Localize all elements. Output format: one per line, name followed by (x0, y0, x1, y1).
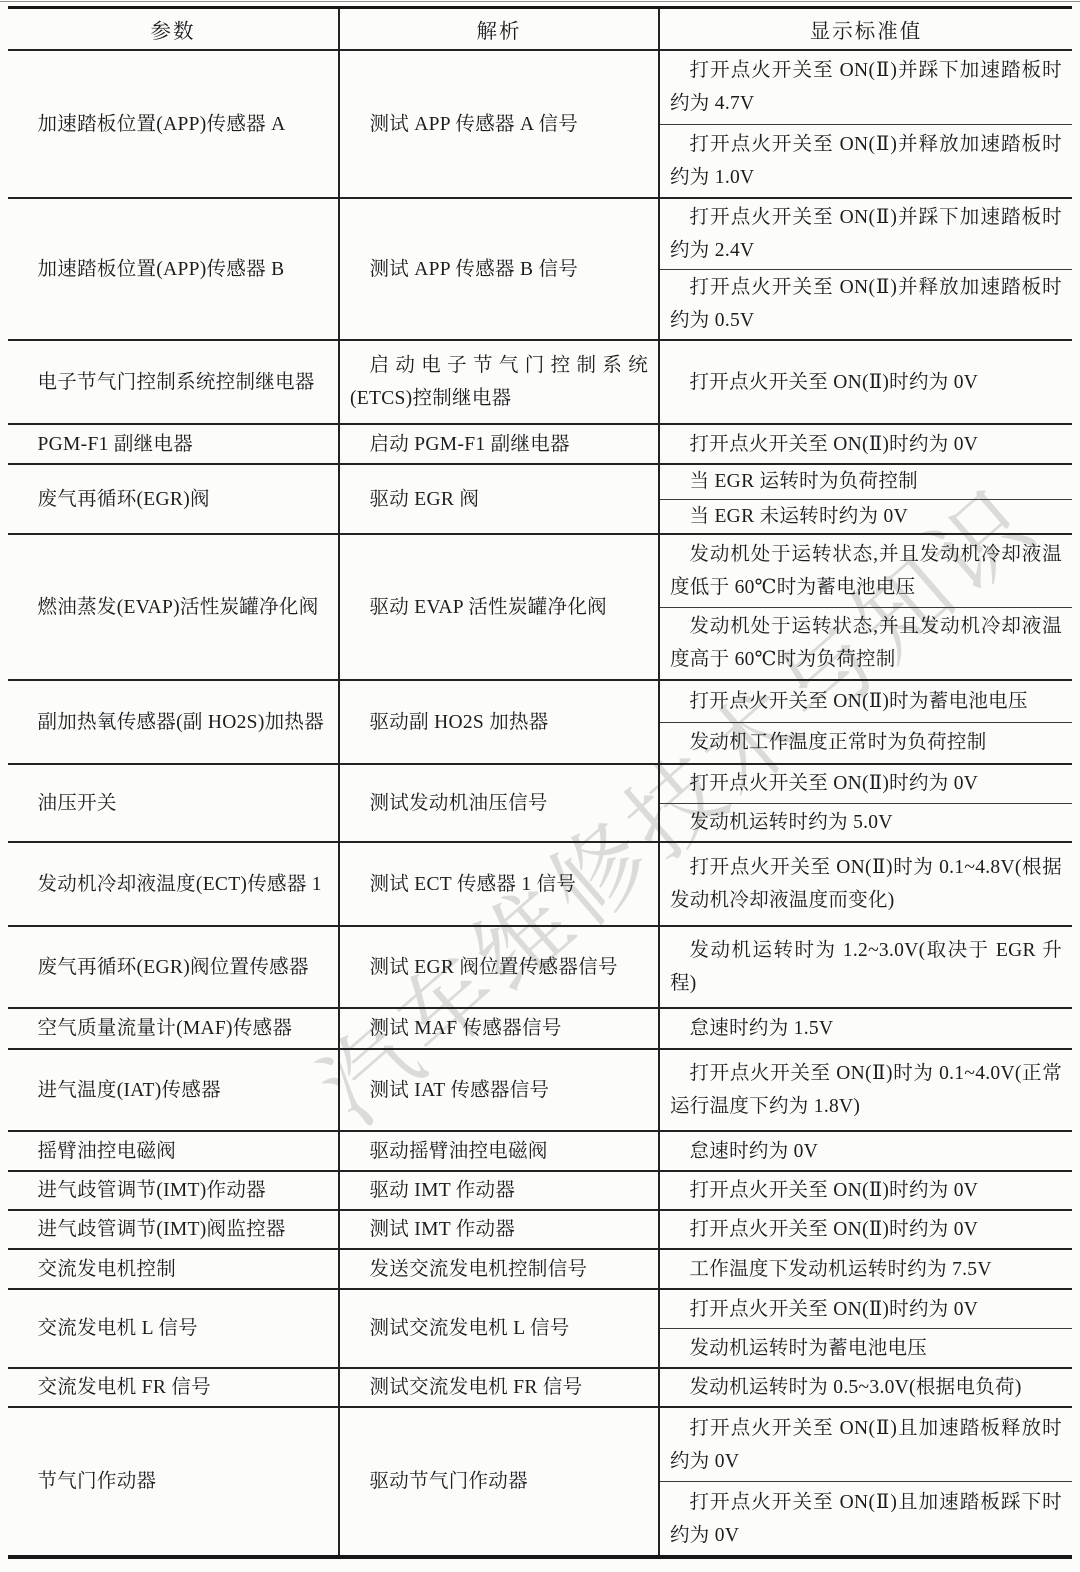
standard-value-cell: 打开点火开关至 ON(Ⅱ)时约为 0V发动机运转时为蓄电池电压 (660, 1290, 1072, 1367)
table-row: 燃油蒸发(EVAP)活性炭罐净化阀 驱动 EVAP 活性炭罐净化阀 发动机处于运… (8, 535, 1072, 681)
standard-value-text: 打开点火开关至 ON(Ⅱ)时约为 0V (660, 428, 988, 461)
standard-value-item: 打开点火开关至 ON(Ⅱ)且加速踏板踩下时约为 0V (660, 1481, 1072, 1555)
analysis-text: 驱动 EGR 阀 (340, 483, 489, 516)
param-cell: 进气歧管调节(IMT)阀监控器 (8, 1211, 340, 1248)
param-cell: 进气歧管调节(IMT)作动器 (8, 1172, 340, 1209)
standard-value-text: 发动机工作温度正常时为负荷控制 (660, 726, 997, 759)
standard-value-text: 打开点火开关至 ON(Ⅱ)时约为 0V (660, 1174, 988, 1207)
analysis-cell: 驱动 EVAP 活性炭罐净化阀 (340, 535, 660, 679)
standard-value-item: 发动机运转时为 0.5~3.0V(根据电负荷) (660, 1369, 1072, 1406)
parameters-table: 参数 解析 显示标准值 加速踏板位置(APP)传感器 A 测试 APP 传感器 … (8, 6, 1072, 1559)
param-cell: 副加热氧传感器(副 HO2S)加热器 (8, 681, 340, 763)
analysis-text: 驱动摇臂油控电磁阀 (340, 1135, 558, 1168)
table-row: 废气再循环(EGR)阀 驱动 EGR 阀 当 EGR 运转时为负荷控制当 EGR… (8, 465, 1072, 535)
standard-value-text: 发动机运转时为 1.2~3.0V(取决于 EGR 升程) (660, 934, 1072, 1000)
standard-value-text: 打开点火开关至 ON(Ⅱ)并释放加速踏板时约为 1.0V (660, 128, 1072, 194)
analysis-cell: 启动 PGM-F1 副继电器 (340, 425, 660, 463)
param-text: 进气歧管调节(IMT)作动器 (8, 1174, 276, 1207)
standard-value-cell: 打开点火开关至 ON(Ⅱ)且加速踏板释放时约为 0V打开点火开关至 ON(Ⅱ)且… (660, 1408, 1072, 1555)
standard-value-item: 打开点火开关至 ON(Ⅱ)时约为 0V (660, 765, 1072, 803)
standard-value-item: 怠速时约为 0V (660, 1132, 1072, 1170)
param-cell: 发动机冷却液温度(ECT)传感器 1 (8, 843, 340, 925)
standard-value-cell: 工作温度下发动机运转时约为 7.5V (660, 1250, 1072, 1288)
param-text: 节气门作动器 (8, 1465, 166, 1498)
standard-value-text: 打开点火开关至 ON(Ⅱ)时约为 0V (660, 1293, 988, 1326)
analysis-text: 测试 IAT 传感器信号 (340, 1074, 559, 1107)
analysis-cell: 测试 APP 传感器 A 信号 (340, 51, 660, 197)
standard-value-text: 打开点火开关至 ON(Ⅱ)时约为 0V (660, 1213, 988, 1246)
analysis-cell: 测试交流发电机 L 信号 (340, 1290, 660, 1367)
param-cell: 交流发电机 L 信号 (8, 1290, 340, 1367)
standard-value-item: 发动机处于运转状态,并且发动机冷却液温度低于 60℃时为蓄电池电压 (660, 535, 1072, 607)
table-row: 加速踏板位置(APP)传感器 A 测试 APP 传感器 A 信号 打开点火开关至… (8, 51, 1072, 199)
analysis-text: 测试 EGR 阀位置传感器信号 (340, 951, 628, 984)
standard-value-text: 当 EGR 运转时为负荷控制 (660, 465, 928, 498)
param-text: 副加热氧传感器(副 HO2S)加热器 (8, 706, 334, 739)
standard-value-cell: 打开点火开关至 ON(Ⅱ)并踩下加速踏板时约为 2.4V打开点火开关至 ON(Ⅱ… (660, 199, 1072, 339)
analysis-text: 测试 MAF 传感器信号 (340, 1012, 572, 1045)
param-text: 交流发电机控制 (8, 1253, 186, 1286)
standard-value-text: 发动机处于运转状态,并且发动机冷却液温度高于 60℃时为负荷控制 (660, 610, 1072, 676)
param-text: 加速踏板位置(APP)传感器 B (8, 253, 294, 286)
param-text: 摇臂油控电磁阀 (8, 1135, 186, 1168)
standard-value-cell: 打开点火开关至 ON(Ⅱ)时约为 0V (660, 1211, 1072, 1248)
standard-value-cell: 打开点火开关至 ON(Ⅱ)时为 0.1~4.0V(正常运行温度下约为 1.8V) (660, 1050, 1072, 1130)
analysis-cell: 启动电子节气门控制系统(ETCS)控制继电器 (340, 341, 660, 423)
analysis-text: 测试交流发电机 FR 信号 (340, 1371, 593, 1404)
header-cell-analysis: 解析 (340, 9, 660, 49)
table-row: PGM-F1 副继电器 启动 PGM-F1 副继电器 打开点火开关至 ON(Ⅱ)… (8, 425, 1072, 465)
standard-value-item: 打开点火开关至 ON(Ⅱ)时约为 0V (660, 1290, 1072, 1328)
table-row: 加速踏板位置(APP)传感器 B 测试 APP 传感器 B 信号 打开点火开关至… (8, 199, 1072, 341)
standard-value-cell: 打开点火开关至 ON(Ⅱ)时为 0.1~4.8V(根据发动机冷却液温度而变化) (660, 843, 1072, 925)
standard-value-cell: 打开点火开关至 ON(Ⅱ)时为蓄电池电压发动机工作温度正常时为负荷控制 (660, 681, 1072, 763)
standard-value-cell: 发动机运转时为 1.2~3.0V(取决于 EGR 升程) (660, 927, 1072, 1007)
standard-value-item: 打开点火开关至 ON(Ⅱ)并释放加速踏板时约为 0.5V (660, 269, 1072, 340)
top-thin-rule (0, 1, 1080, 2)
standard-value-item: 发动机运转时为 1.2~3.0V(取决于 EGR 升程) (660, 927, 1072, 1007)
analysis-text: 启动 PGM-F1 副继电器 (340, 428, 580, 461)
param-cell: 空气质量流量计(MAF)传感器 (8, 1009, 340, 1048)
param-text: 燃油蒸发(EVAP)活性炭罐净化阀 (8, 591, 329, 624)
analysis-cell: 测试 APP 传感器 B 信号 (340, 199, 660, 339)
standard-value-text: 怠速时约为 0V (660, 1135, 828, 1168)
standard-value-cell: 当 EGR 运转时为负荷控制当 EGR 未运转时约为 0V (660, 465, 1072, 533)
standard-value-text: 打开点火开关至 ON(Ⅱ)时为蓄电池电压 (660, 685, 1038, 718)
standard-value-item: 打开点火开关至 ON(Ⅱ)时约为 0V (660, 425, 1072, 463)
param-cell: 加速踏板位置(APP)传感器 B (8, 199, 340, 339)
analysis-cell: 测试 IAT 传感器信号 (340, 1050, 660, 1130)
standard-value-cell: 怠速时约为 1.5V (660, 1009, 1072, 1048)
standard-value-item: 打开点火开关至 ON(Ⅱ)并释放加速踏板时约为 1.0V (660, 124, 1072, 198)
standard-value-text: 打开点火开关至 ON(Ⅱ)并释放加速踏板时约为 0.5V (660, 271, 1072, 337)
standard-value-text: 打开点火开关至 ON(Ⅱ)时约为 0V (660, 366, 988, 399)
standard-value-text: 打开点火开关至 ON(Ⅱ)时为 0.1~4.8V(根据发动机冷却液温度而变化) (660, 851, 1072, 917)
analysis-text: 测试 APP 传感器 B 信号 (340, 253, 588, 286)
analysis-cell: 测试 ECT 传感器 1 信号 (340, 843, 660, 925)
standard-value-item: 打开点火开关至 ON(Ⅱ)时为 0.1~4.8V(根据发动机冷却液温度而变化) (660, 843, 1072, 925)
standard-value-item: 当 EGR 运转时为负荷控制 (660, 465, 1072, 499)
standard-value-text: 打开点火开关至 ON(Ⅱ)且加速踏板释放时约为 0V (660, 1412, 1072, 1478)
standard-value-item: 打开点火开关至 ON(Ⅱ)并踩下加速踏板时约为 2.4V (660, 199, 1072, 269)
table-header-row: 参数 解析 显示标准值 (8, 9, 1072, 51)
param-cell: 废气再循环(EGR)阀位置传感器 (8, 927, 340, 1007)
table-row: 电子节气门控制系统控制继电器 启动电子节气门控制系统(ETCS)控制继电器 打开… (8, 341, 1072, 425)
standard-value-item: 打开点火开关至 ON(Ⅱ)时约为 0V (660, 1172, 1072, 1209)
standard-value-item: 怠速时约为 1.5V (660, 1009, 1072, 1048)
standard-value-cell: 发动机处于运转状态,并且发动机冷却液温度低于 60℃时为蓄电池电压发动机处于运转… (660, 535, 1072, 679)
param-cell: 进气温度(IAT)传感器 (8, 1050, 340, 1130)
table-row: 进气歧管调节(IMT)阀监控器 测试 IMT 作动器 打开点火开关至 ON(Ⅱ)… (8, 1211, 1072, 1250)
param-text: 发动机冷却液温度(ECT)传感器 1 (8, 868, 332, 901)
param-cell: PGM-F1 副继电器 (8, 425, 340, 463)
standard-value-text: 发动机处于运转状态,并且发动机冷却液温度低于 60℃时为蓄电池电压 (660, 538, 1072, 604)
table-row: 发动机冷却液温度(ECT)传感器 1 测试 ECT 传感器 1 信号 打开点火开… (8, 843, 1072, 927)
standard-value-text: 打开点火开关至 ON(Ⅱ)时约为 0V (660, 767, 988, 800)
param-cell: 摇臂油控电磁阀 (8, 1132, 340, 1170)
standard-value-text: 打开点火开关至 ON(Ⅱ)并踩下加速踏板时约为 4.7V (660, 54, 1072, 120)
standard-value-item: 打开点火开关至 ON(Ⅱ)时约为 0V (660, 1211, 1072, 1248)
param-text: 废气再循环(EGR)阀 (8, 483, 220, 516)
analysis-cell: 驱动 IMT 作动器 (340, 1172, 660, 1209)
analysis-cell: 测试 IMT 作动器 (340, 1211, 660, 1248)
param-text: 加速踏板位置(APP)传感器 A (8, 108, 296, 141)
standard-value-cell: 打开点火开关至 ON(Ⅱ)时约为 0V (660, 1172, 1072, 1209)
param-cell: 交流发电机控制 (8, 1250, 340, 1288)
table-row: 油压开关 测试发动机油压信号 打开点火开关至 ON(Ⅱ)时约为 0V发动机运转时… (8, 765, 1072, 843)
table-row: 进气歧管调节(IMT)作动器 驱动 IMT 作动器 打开点火开关至 ON(Ⅱ)时… (8, 1172, 1072, 1211)
analysis-text: 启动电子节气门控制系统(ETCS)控制继电器 (340, 349, 658, 415)
table-row: 空气质量流量计(MAF)传感器 测试 MAF 传感器信号 怠速时约为 1.5V (8, 1009, 1072, 1050)
param-text: 交流发电机 L 信号 (8, 1312, 208, 1345)
analysis-text: 测试发动机油压信号 (340, 787, 558, 820)
param-cell: 交流发电机 FR 信号 (8, 1369, 340, 1406)
param-text: 电子节气门控制系统控制继电器 (8, 366, 325, 399)
standard-value-item: 打开点火开关至 ON(Ⅱ)时为 0.1~4.0V(正常运行温度下约为 1.8V) (660, 1050, 1072, 1130)
standard-value-text: 发动机运转时为 0.5~3.0V(根据电负荷) (660, 1371, 1032, 1404)
analysis-text: 驱动 IMT 作动器 (340, 1174, 525, 1207)
table-row: 废气再循环(EGR)阀位置传感器 测试 EGR 阀位置传感器信号 发动机运转时为… (8, 927, 1072, 1009)
standard-value-item: 工作温度下发动机运转时约为 7.5V (660, 1250, 1072, 1288)
standard-value-item: 发动机工作温度正常时为负荷控制 (660, 722, 1072, 764)
analysis-text: 测试 APP 传感器 A 信号 (340, 108, 588, 141)
table-row: 交流发电机 L 信号 测试交流发电机 L 信号 打开点火开关至 ON(Ⅱ)时约为… (8, 1290, 1072, 1369)
param-cell: 废气再循环(EGR)阀 (8, 465, 340, 533)
standard-value-cell: 怠速时约为 0V (660, 1132, 1072, 1170)
analysis-text: 驱动 EVAP 活性炭罐净化阀 (340, 591, 617, 624)
standard-value-item: 打开点火开关至 ON(Ⅱ)时为蓄电池电压 (660, 681, 1072, 722)
param-cell: 电子节气门控制系统控制继电器 (8, 341, 340, 423)
table-row: 交流发电机控制 发送交流发电机控制信号 工作温度下发动机运转时约为 7.5V (8, 1250, 1072, 1290)
param-cell: 燃油蒸发(EVAP)活性炭罐净化阀 (8, 535, 340, 679)
param-text: 油压开关 (8, 787, 127, 820)
standard-value-text: 打开点火开关至 ON(Ⅱ)且加速踏板踩下时约为 0V (660, 1486, 1072, 1552)
standard-value-cell: 打开点火开关至 ON(Ⅱ)时约为 0V (660, 425, 1072, 463)
table-row: 交流发电机 FR 信号 测试交流发电机 FR 信号 发动机运转时为 0.5~3.… (8, 1369, 1072, 1408)
standard-value-text: 工作温度下发动机运转时约为 7.5V (660, 1253, 1002, 1286)
param-text: 进气歧管调节(IMT)阀监控器 (8, 1213, 296, 1246)
standard-value-text: 发动机运转时为蓄电池电压 (660, 1332, 937, 1365)
param-text: 进气温度(IAT)传感器 (8, 1074, 231, 1107)
table-row: 副加热氧传感器(副 HO2S)加热器 驱动副 HO2S 加热器 打开点火开关至 … (8, 681, 1072, 765)
standard-value-item: 打开点火开关至 ON(Ⅱ)时约为 0V (660, 341, 1072, 423)
analysis-cell: 驱动副 HO2S 加热器 (340, 681, 660, 763)
param-cell: 油压开关 (8, 765, 340, 841)
analysis-cell: 测试交流发电机 FR 信号 (340, 1369, 660, 1406)
analysis-cell: 测试发动机油压信号 (340, 765, 660, 841)
standard-value-item: 发动机运转时为蓄电池电压 (660, 1328, 1072, 1367)
standard-value-text: 打开点火开关至 ON(Ⅱ)时为 0.1~4.0V(正常运行温度下约为 1.8V) (660, 1057, 1072, 1123)
standard-value-text: 怠速时约为 1.5V (660, 1012, 843, 1045)
standard-value-item: 打开点火开关至 ON(Ⅱ)且加速踏板释放时约为 0V (660, 1408, 1072, 1481)
analysis-cell: 测试 MAF 传感器信号 (340, 1009, 660, 1048)
standard-value-item: 发动机处于运转状态,并且发动机冷却液温度高于 60℃时为负荷控制 (660, 607, 1072, 680)
analysis-cell: 驱动 EGR 阀 (340, 465, 660, 533)
standard-value-item: 发动机运转时约为 5.0V (660, 803, 1072, 842)
analysis-cell: 测试 EGR 阀位置传感器信号 (340, 927, 660, 1007)
param-text: 废气再循环(EGR)阀位置传感器 (8, 951, 319, 984)
table-row: 节气门作动器 驱动节气门作动器 打开点火开关至 ON(Ⅱ)且加速踏板释放时约为 … (8, 1408, 1072, 1555)
standard-value-cell: 打开点火开关至 ON(Ⅱ)时约为 0V发动机运转时约为 5.0V (660, 765, 1072, 841)
standard-value-cell: 打开点火开关至 ON(Ⅱ)并踩下加速踏板时约为 4.7V打开点火开关至 ON(Ⅱ… (660, 51, 1072, 197)
table-row: 进气温度(IAT)传感器 测试 IAT 传感器信号 打开点火开关至 ON(Ⅱ)时… (8, 1050, 1072, 1132)
param-cell: 节气门作动器 (8, 1408, 340, 1555)
standard-value-item: 当 EGR 未运转时约为 0V (660, 499, 1072, 534)
param-text: 交流发电机 FR 信号 (8, 1371, 221, 1404)
analysis-text: 测试 IMT 作动器 (340, 1213, 525, 1246)
standard-value-text: 打开点火开关至 ON(Ⅱ)并踩下加速踏板时约为 2.4V (660, 201, 1072, 267)
analysis-text: 发送交流发电机控制信号 (340, 1253, 597, 1286)
header-cell-param: 参数 (8, 9, 340, 49)
standard-value-item: 打开点火开关至 ON(Ⅱ)并踩下加速踏板时约为 4.7V (660, 51, 1072, 124)
standard-value-text: 当 EGR 未运转时约为 0V (660, 500, 918, 533)
standard-value-cell: 发动机运转时为 0.5~3.0V(根据电负荷) (660, 1369, 1072, 1406)
standard-value-cell: 打开点火开关至 ON(Ⅱ)时约为 0V (660, 341, 1072, 423)
standard-value-text: 发动机运转时约为 5.0V (660, 806, 903, 839)
header-cell-standard-value: 显示标准值 (660, 9, 1072, 49)
analysis-text: 测试 ECT 传感器 1 信号 (340, 868, 586, 901)
analysis-text: 测试交流发电机 L 信号 (340, 1312, 580, 1345)
analysis-cell: 驱动摇臂油控电磁阀 (340, 1132, 660, 1170)
analysis-cell: 驱动节气门作动器 (340, 1408, 660, 1555)
param-text: 空气质量流量计(MAF)传感器 (8, 1012, 302, 1045)
table-row: 摇臂油控电磁阀 驱动摇臂油控电磁阀 怠速时约为 0V (8, 1132, 1072, 1172)
analysis-cell: 发送交流发电机控制信号 (340, 1250, 660, 1288)
analysis-text: 驱动节气门作动器 (340, 1465, 538, 1498)
param-cell: 加速踏板位置(APP)传感器 A (8, 51, 340, 197)
analysis-text: 驱动副 HO2S 加热器 (340, 706, 559, 739)
param-text: PGM-F1 副继电器 (8, 428, 203, 461)
